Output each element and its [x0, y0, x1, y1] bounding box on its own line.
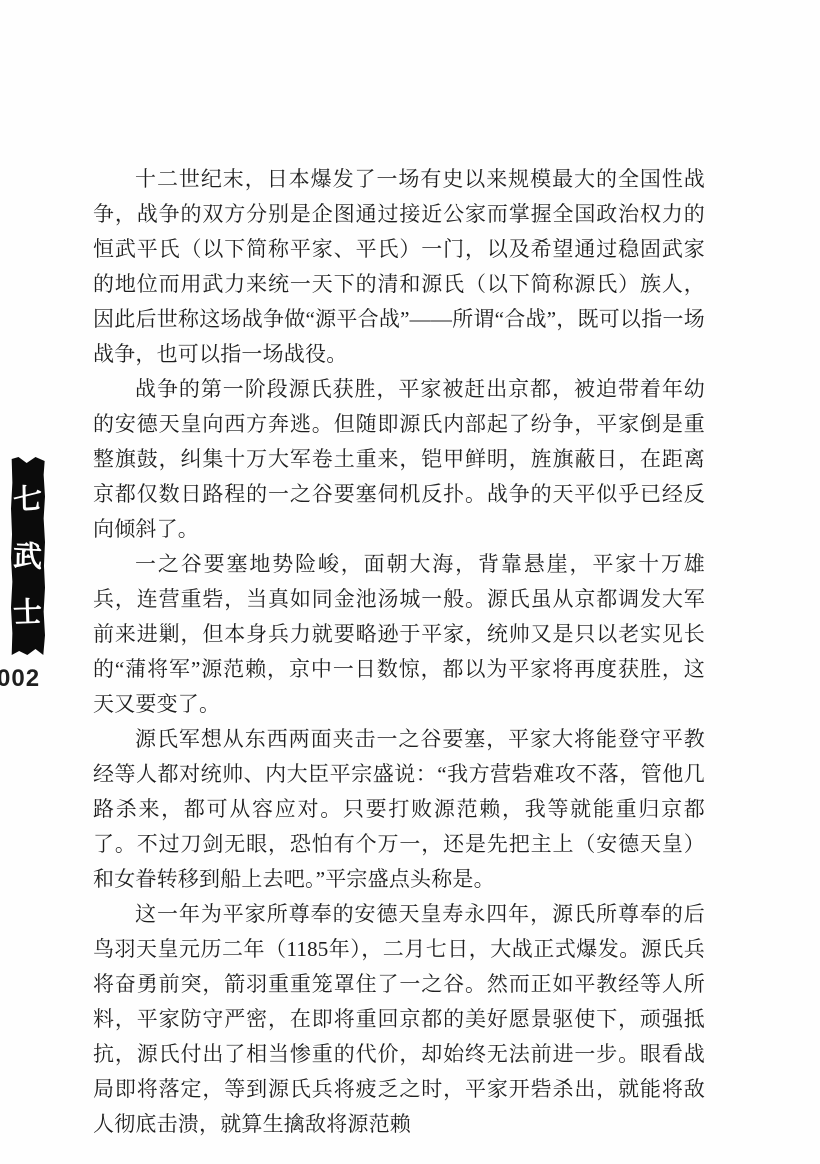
book-title-seal: 七 武 士 [11, 457, 45, 655]
paragraph-5: 这一年为平家所尊奉的安德天皇寿永四年，源氏所尊奉的后鸟羽天皇元历二年（1185年… [93, 897, 705, 1142]
seal-character-3: 士 [13, 598, 43, 628]
book-page: 七 武 士 002 十二世纪末，日本爆发了一场有史以来规模最大的全国性战争，战争… [0, 0, 820, 1164]
seal-character-2: 武 [13, 541, 42, 572]
body-text: 十二世纪末，日本爆发了一场有史以来规模最大的全国性战争，战争的双方分别是企图通过… [93, 162, 705, 1142]
page-number: 002 [0, 665, 40, 693]
paragraph-1: 十二世纪末，日本爆发了一场有史以来规模最大的全国性战争，战争的双方分别是企图通过… [93, 162, 705, 372]
seal-character-1: 七 [13, 484, 42, 515]
paragraph-4: 源氏军想从东西两面夹击一之谷要塞，平家大将能登守平教经等人都对统帅、内大臣平宗盛… [93, 722, 705, 897]
paragraph-3: 一之谷要塞地势险峻，面朝大海，背靠悬崖，平家十万雄兵，连营重砦，当真如同金池汤城… [93, 547, 705, 722]
paragraph-2: 战争的第一阶段源氏获胜，平家被赶出京都，被迫带着年幼的安德天皇向西方奔逃。但随即… [93, 372, 705, 547]
